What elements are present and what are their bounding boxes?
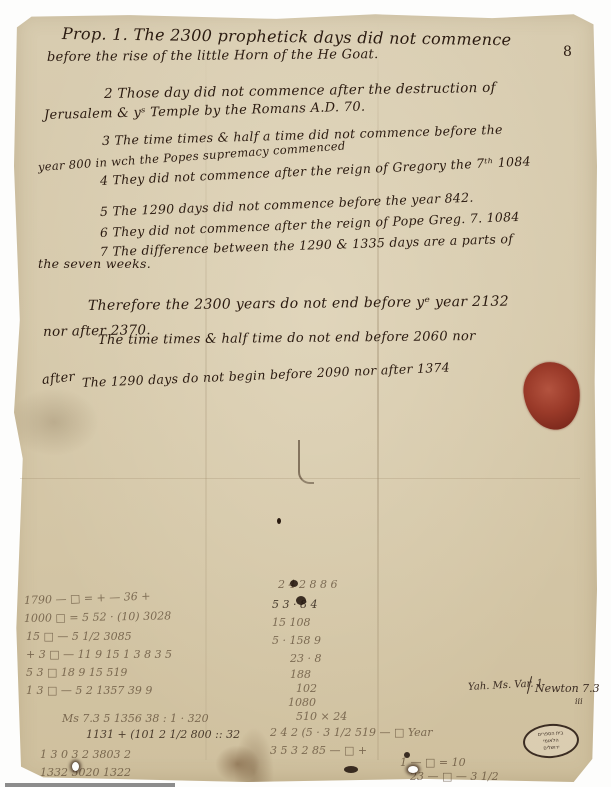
proposition-7-cont: the seven weeks. bbox=[38, 256, 151, 271]
calculation-line: 2 4 2 (5 · 3 1/2 519 — □ Year bbox=[270, 726, 432, 739]
calculation-line: 23 · 8 bbox=[290, 652, 322, 665]
calculation-line: 102 bbox=[296, 682, 317, 695]
calculation-line: 188 bbox=[290, 668, 311, 681]
document-viewer: 8 Prop. 1. The 2300 prophetick days did … bbox=[0, 0, 611, 787]
calculation-line: 1080 bbox=[288, 696, 316, 709]
stamp-line-3: ירושלים bbox=[543, 744, 560, 752]
calculation-line: 1000 □ = 5 52 · (10) 3028 bbox=[24, 609, 171, 625]
calculation-line: 5 · 158 9 bbox=[272, 634, 321, 647]
stain bbox=[395, 749, 435, 783]
ink-blot bbox=[290, 580, 298, 587]
calculation-line: 1 3 □ — 5 2 1357 39 9 bbox=[26, 684, 152, 697]
calculation-line: + 3 □ — 11 9 15 1 3 8 3 5 bbox=[26, 648, 172, 661]
calculation-line: 5 3 □ 18 9 15 519 bbox=[26, 666, 127, 679]
calculation-line: 510 × 24 bbox=[296, 710, 347, 723]
shelfmark-sub: iii bbox=[575, 697, 583, 706]
ink-blot bbox=[296, 596, 306, 605]
calculation-line: 3 5 3 2 85 — □ + bbox=[270, 744, 367, 757]
page-number: 8 bbox=[563, 44, 572, 60]
calculation-line: Ms 7.3 5 1356 38 : 1 · 320 bbox=[62, 712, 209, 725]
paper-hole bbox=[72, 762, 79, 771]
calculation-line: 5 3 · 8 4 bbox=[272, 598, 317, 611]
stain bbox=[215, 745, 260, 783]
calculation-line: 2 4 2 8 8 6 bbox=[278, 578, 337, 591]
ink-blot bbox=[344, 766, 358, 773]
ink-dot bbox=[277, 518, 281, 524]
calculation-line: 15 □ — 5 1/2 3085 bbox=[26, 630, 132, 643]
shelfmark-right: Newton 7.3 bbox=[535, 682, 600, 695]
calculation-line: 1131 + (101 2 1/2 800 :: 32 bbox=[86, 728, 240, 741]
calculation-line: 1 3 0 3 2 3803 2 bbox=[40, 748, 131, 761]
image-edge bbox=[5, 783, 175, 787]
proposition-1-cont: before the rise of the little Horn of th… bbox=[47, 47, 379, 65]
calculation-line: 15 108 bbox=[272, 616, 311, 629]
pen-stroke bbox=[298, 440, 314, 484]
calculation-line: 1332 5020 1322 bbox=[40, 766, 131, 779]
